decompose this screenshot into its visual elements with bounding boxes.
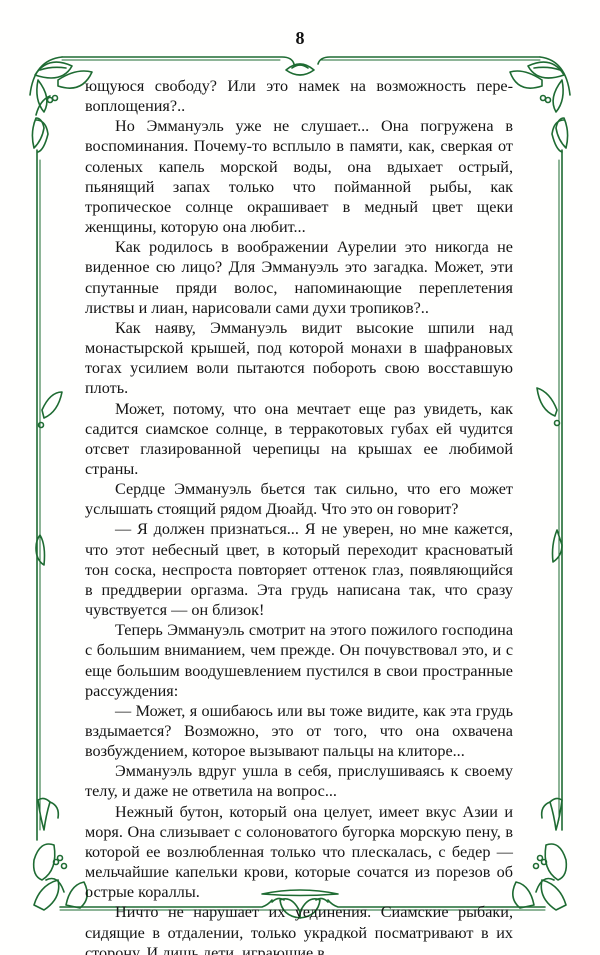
paragraph: ющуюся свободу? Или это намек на возможн… <box>85 76 513 116</box>
corner-ornament-bottom-left <box>34 798 88 910</box>
paragraph: Как наяву, Эммануэль видит высокие шпили… <box>85 318 513 399</box>
corner-ornament-top-right <box>510 57 570 152</box>
left-rule <box>36 150 62 840</box>
body-text: ющуюся свободу? Или это намек на возможн… <box>85 76 513 955</box>
book-page: 8 <box>0 0 600 955</box>
paragraph: Теперь Эммануэль смотрит на этого пожило… <box>85 620 513 701</box>
paragraph: Нежный бутон, который она целует, имеет … <box>85 802 513 903</box>
paragraph: — Может, я ошибаюсь или вы тоже видите, … <box>85 701 513 761</box>
paragraph: — Я должен признаться... Я не уверен, но… <box>85 519 513 620</box>
corner-ornament-top-left <box>30 57 92 152</box>
paragraph: Эммануэль вдруг ушла в себя, прислушивая… <box>85 761 513 801</box>
corner-ornament-bottom-right <box>513 798 567 910</box>
paragraph: Но Эммануэль уже не слушает... Она погру… <box>85 116 513 237</box>
paragraph: Может, потому, что она мечтает еще раз у… <box>85 399 513 480</box>
right-rule <box>537 150 562 830</box>
top-rule <box>62 57 540 75</box>
paragraph: Как родилось в воображении Аурелии это н… <box>85 237 513 318</box>
paragraph: Сердце Эммануэль бьется так сильно, что … <box>85 479 513 519</box>
paragraph: Ничто не нарушает их уединения. Сиамские… <box>85 902 513 955</box>
